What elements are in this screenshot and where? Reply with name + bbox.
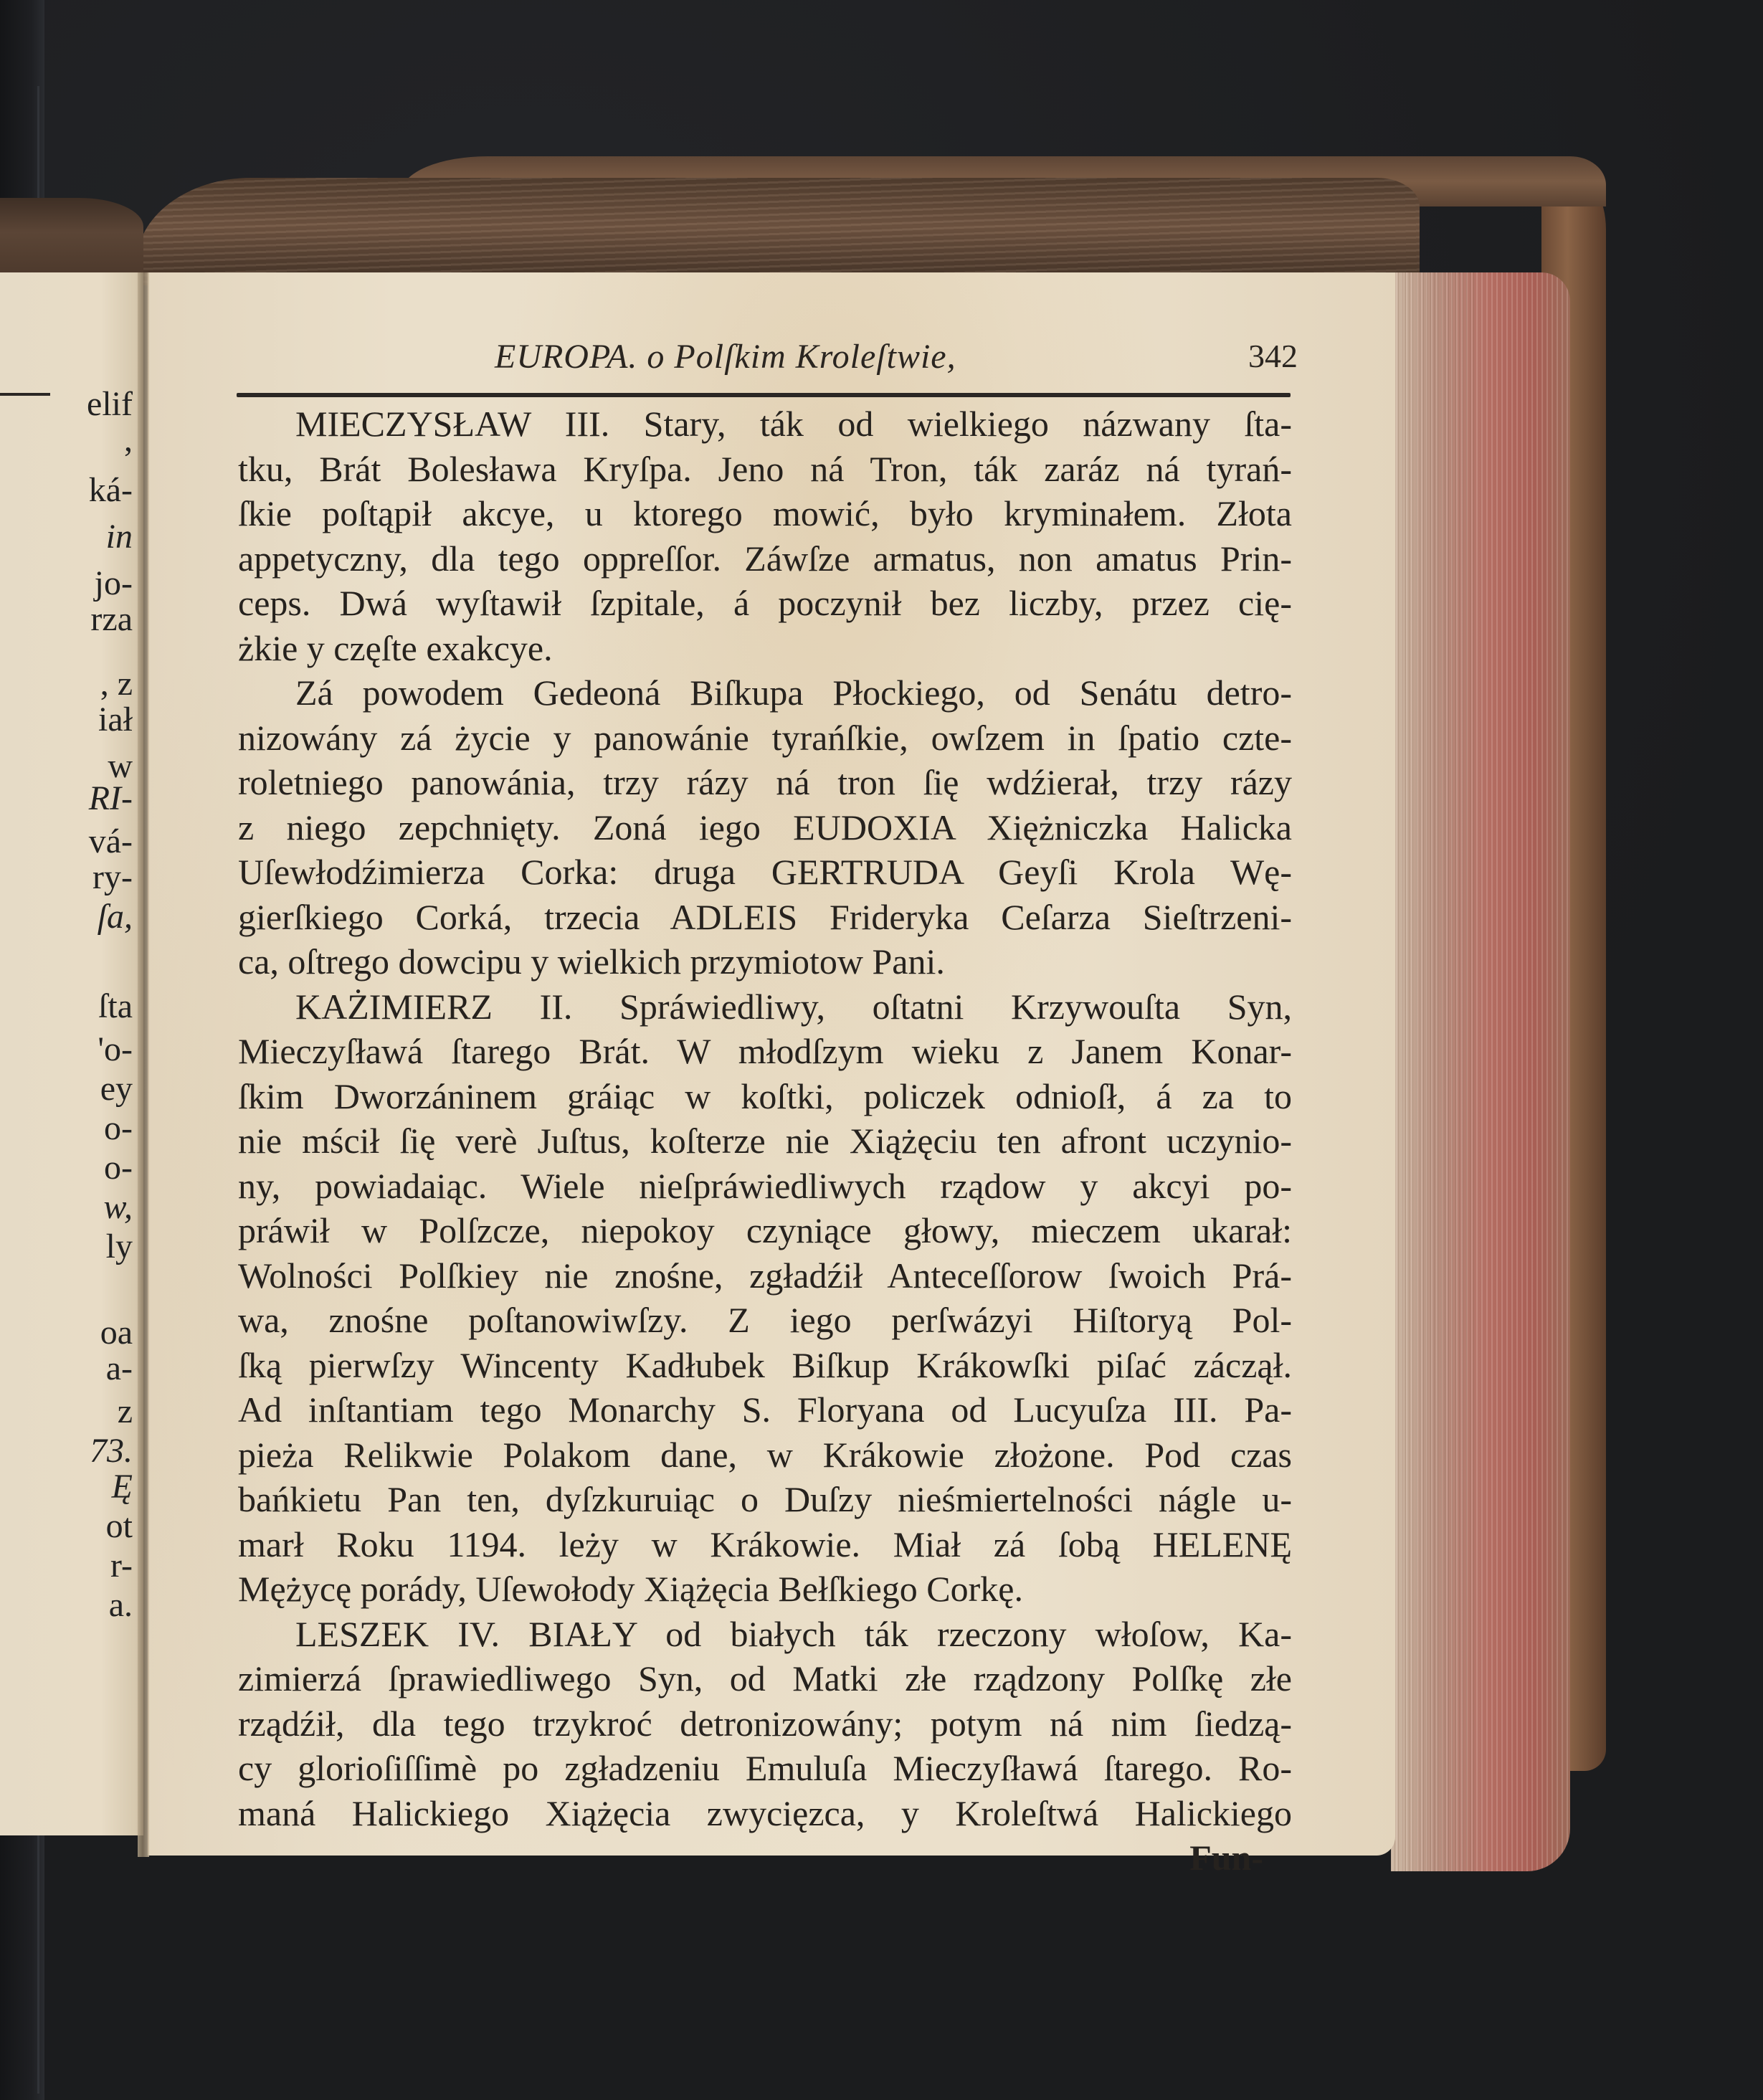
head-rule [237,393,1291,397]
left-page-fragment: Ę [0,1470,133,1504]
left-page-fragment: , [0,423,133,457]
left-page-fragment: , z [0,667,133,701]
catchword: Fun- [238,1835,1292,1881]
text-line: LESZEK IV. BIAŁY od białych ták rzeczony… [238,1612,1292,1657]
left-page-fragment: RI- [0,781,133,816]
text-line: Uſewłodźimierza Corka: druga GERTRUDA Ge… [238,850,1292,895]
text-line: nizowány zá życie y panowánie tyrańſkie,… [238,716,1292,761]
fore-edge-page-lines [1391,272,1477,1871]
left-page-fragment: w, [0,1190,133,1225]
text-line: Mężycę porády, Uſewołody Xiążęcia Bełſki… [238,1567,1292,1612]
running-head-title: EUROPA. o Polſkim Kroleſtwie, [495,337,956,376]
text-line: pieża Relikwie Polakom dane, w Krákowie … [238,1433,1292,1478]
text-line: tku, Brát Bolesława Kryſpa. Jeno ná Tron… [238,447,1292,492]
text-line: Ad inſtantiam tego Monarchy S. Floryana … [238,1387,1292,1433]
page-number: 342 [1248,337,1298,375]
text-line: roletniego panowánia, trzy rázy ná tron … [238,760,1292,805]
text-line: maná Halickiego Xiążęcia zwycięzca, y Kr… [238,1791,1292,1836]
left-page-fragment: ká- [0,473,133,508]
left-page-fragment: a- [0,1351,133,1386]
text-line: rządźił, dla tego trzykroć detronizowány… [238,1701,1292,1747]
text-line: ny, powiadaiąc. Wiele nieſpráwiedliwych … [238,1164,1292,1209]
left-page-fragment: a. [0,1588,133,1622]
text-line: z niego zepchnięty. Zoná iego EUDOXIA Xi… [238,805,1292,850]
left-page-fragment: 73. [0,1434,133,1468]
text-line: ca, oſtrego dowcipu y wielkich przymioto… [238,939,1292,984]
left-page-fragment: iał [0,703,133,737]
text-line: marł Roku 1194. leży w Krákowie. Miał zá… [238,1522,1292,1567]
text-line: wa, znośne poſtanowiwſzy. Z iego perſwáz… [238,1298,1292,1343]
text-line: Mieczyſławá ſtarego Brát. W młodſzym wie… [238,1029,1292,1074]
text-line: MIECZYSŁAW III. Stary, ták od wielkiego … [238,402,1292,447]
running-head: EUROPA. o Polſkim Kroleſtwie, 342 [237,337,1298,387]
left-page-fragment: z [0,1395,133,1429]
text-line: práwił w Polſzcze, niepokoy czyniące gło… [238,1208,1292,1253]
left-page-fragment: o- [0,1151,133,1185]
text-line: ſkie poſtąpił akcye, u ktorego mowić, by… [238,491,1292,536]
text-line: KAŻIMIERZ II. Spráwiedliwy, oſtatni Krzy… [238,984,1292,1030]
page-block-top-edge [136,178,1420,285]
text-line: ſką pierwſzy Wincenty Kadłubek Biſkup Kr… [238,1343,1292,1388]
left-page-fragment: vá- [0,825,133,859]
text-line: appetyczny, dla tego oppreſſor. Záwſze a… [238,536,1292,581]
left-page-fragment: ly [0,1230,133,1264]
text-line: żkie y częſte exakcye. [238,626,1292,671]
left-page-fragment: in [0,520,133,554]
left-page-fragment: ſta [0,989,133,1024]
left-page-fragment: elif [0,387,133,422]
text-line: ſkim Dworzáninem gráiąc w koſtki, policz… [238,1074,1292,1119]
left-page-fragment: ry- [0,860,133,895]
left-page-fragment: o- [0,1111,133,1146]
text-line: Zá powodem Gedeoná Biſkupa Płockiego, od… [238,670,1292,716]
text-line: zimierzá ſprawiedliwego Syn, od Matki zł… [238,1656,1292,1701]
left-page-fragment: rza [0,602,133,637]
left-page-fragment: 'o- [0,1032,133,1067]
left-page-fragment: w [0,749,133,784]
text-line: ceps. Dwá wyſtawił ſzpitale, á poczynił … [238,581,1292,626]
left-page-top-edge [0,198,143,284]
left-page-fragment: ey [0,1072,133,1106]
left-page-fragment: r- [0,1549,133,1583]
page-body-text: MIECZYSŁAW III. Stary, ták od wielkiego … [238,402,1292,1881]
left-page-fragment: jo- [0,566,133,601]
text-line: Wolności Polſkiey nie znośne, zgładźił A… [238,1253,1292,1298]
left-page-fragment: ot [0,1509,133,1544]
text-line: gierſkiego Corká, trzecia ADLEIS Fridery… [238,895,1292,940]
text-line: bańkietu Pan ten, dyſzkuruiąc o Duſzy ni… [238,1477,1292,1522]
left-page-fragment: ſa, [0,900,133,934]
text-line: cy glorioſiſſimè po zgładzeniu Emuluſa M… [238,1746,1292,1791]
text-line: nie mścił ſię verè Juſtus, koſterze nie … [238,1118,1292,1164]
left-page-fragment: oa [0,1316,133,1350]
book-gutter [138,272,149,1857]
